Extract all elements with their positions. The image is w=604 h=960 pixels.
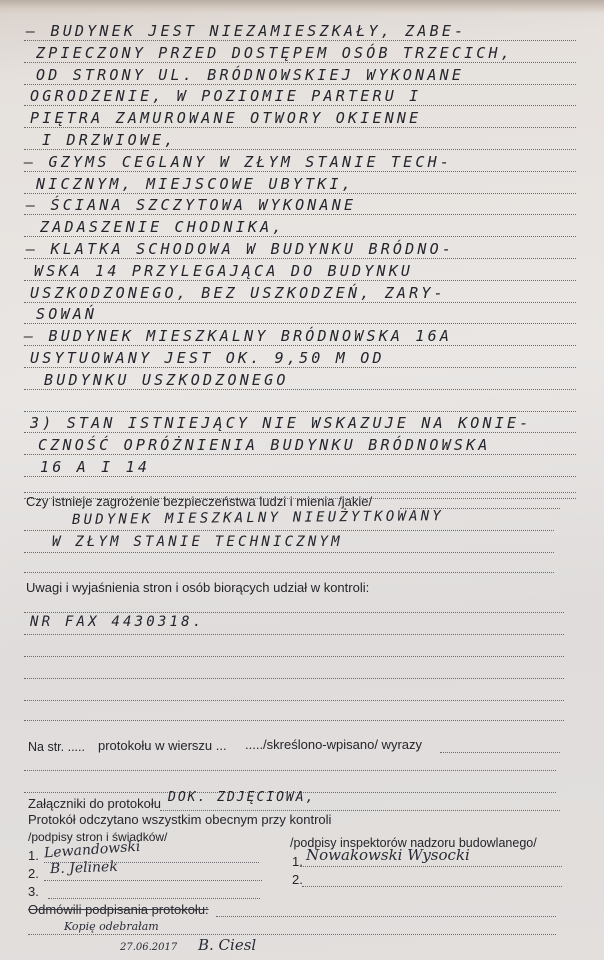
party-1-num: 1. <box>28 848 39 863</box>
finding-line: WSKA 14 PRZYLEGAJĄCA DO BUDYNKU <box>34 262 413 280</box>
rule-line <box>24 530 554 531</box>
signature-line <box>44 880 262 881</box>
rule-line <box>24 171 576 172</box>
finding-line: SOWAŃ <box>36 305 97 323</box>
finding-line: I DRZWIOWE, <box>42 131 177 149</box>
paper-top-edge <box>0 0 604 14</box>
rule-line <box>440 752 560 753</box>
rule-line <box>24 280 576 281</box>
rule-line <box>24 149 576 150</box>
rule-line <box>24 612 564 613</box>
rule-line <box>24 345 576 346</box>
attachments-label: Załączniki do protokołu <box>28 796 161 811</box>
inspector-1-signature: Nowakowski Wysocki <box>306 846 470 864</box>
refused-label: Odmówili podpisania protokołu: <box>28 902 209 917</box>
finding-line: BUDYNKU USZKODZONEGO <box>44 371 289 389</box>
party-2-num: 2. <box>28 866 39 881</box>
rule-line <box>24 62 576 63</box>
finding-line: PIĘTRA ZAMUROWANE OTWORY OKIENNE <box>30 109 421 127</box>
rule-line <box>24 552 554 553</box>
corrections-label-suffix: ...../skreślono-wpisano/ wyrazy <box>245 737 422 752</box>
safety-threat-answer-2: W ZŁYM STANIE TECHNICZNYM <box>52 534 343 550</box>
corrections-label-prefix: Na str. ..... <box>28 740 85 754</box>
read-statement: Protokół odczytano wszystkim obecnym prz… <box>28 812 331 827</box>
remarks-label: Uwagi i wyjaśnienia stron i osób biorący… <box>26 580 369 595</box>
rule-line <box>24 258 576 259</box>
rule-line <box>24 389 576 390</box>
remarks-answer: NR FAX 4430318. <box>30 614 204 630</box>
finding-line: – KLATKA SCHODOWA W BUDYNKU BRÓDNO- <box>26 240 454 258</box>
signature-line <box>300 866 562 867</box>
rule-line <box>24 720 564 721</box>
rule-line <box>24 656 564 657</box>
rule-line <box>24 432 576 433</box>
rule-line <box>24 105 576 106</box>
signature-line <box>48 898 260 899</box>
finding-line: 16 A I 14 <box>40 458 150 476</box>
rule-line <box>28 934 556 935</box>
finding-line: NICZNYM, MIEJSCOWE UBYTKI, <box>36 175 354 193</box>
rule-line <box>216 916 556 917</box>
rule-line <box>24 476 576 477</box>
finding-line: CZNOŚĆ OPRÓŻNIENIA BUDYNKU BRÓDNOWSKA <box>38 436 491 454</box>
signature-line <box>302 886 562 887</box>
finding-line: USZKODZONEGO, BEZ USZKODZEŃ, ZARY- <box>30 284 446 302</box>
attachments-value: DOK. ZDJĘCIOWA, <box>168 790 315 805</box>
finding-line: ZADASZENIE CHODNIKA, <box>40 218 285 236</box>
rule-line <box>24 634 564 635</box>
rule-line <box>24 302 576 303</box>
rule-line <box>24 492 576 493</box>
copy-received-note: Kopię odebrałam <box>64 920 159 933</box>
finding-line: OD STRONY UL. BRÓDNOWSKIEJ WYKONANE <box>36 66 464 84</box>
finding-line: – ŚCIANA SZCZYTOWA WYKONANE <box>26 196 356 214</box>
inspector-2-num: 2. <box>292 872 303 887</box>
rule-line <box>24 700 564 701</box>
safety-threat-label: Czy istnieje zagrożenie bezpieczeństwa l… <box>26 494 372 509</box>
rule-line <box>24 127 576 128</box>
refused-date: 27.06.2017 <box>120 942 177 953</box>
finding-line: – GZYMS CEGLANY W ZŁYM STANIE TECH- <box>24 153 452 171</box>
rule-line <box>24 323 576 324</box>
safety-threat-answer-1: BUDYNEK MIESZKALNY NIEUŻYTKOWANY <box>72 508 444 528</box>
finding-line: OGRODZENIE, W POZIOMIE PARTERU I <box>30 87 421 105</box>
rule-line <box>24 572 554 573</box>
party-3-num: 3. <box>28 884 39 899</box>
rule-line <box>24 454 576 455</box>
finding-line: – BUDYNEK JEST NIEZAMIESZKAŁY, ZABE- <box>26 22 466 40</box>
corrections-label-mid: protokołu w wierszu ... <box>98 738 227 753</box>
party-2-signature: B. Jelinek <box>50 859 118 877</box>
finding-line: ZPIECZONY PRZED DOSTĘPEM OSÓB TRZECICH, <box>36 44 513 62</box>
rule-line <box>24 770 556 771</box>
rule-line <box>160 810 560 811</box>
finding-line: USYTUOWANY JEST OK. 9,50 M OD <box>30 349 385 367</box>
rule-line <box>24 236 576 237</box>
rule-line <box>24 40 576 41</box>
refused-signature: B. Ciesl <box>198 936 256 954</box>
rule-line <box>24 193 576 194</box>
finding-line: 3) STAN ISTNIEJĄCY NIE WSKAZUJE NA KONIE… <box>30 414 531 432</box>
rule-line <box>24 214 576 215</box>
finding-line: – BUDYNEK MIESZKALNY BRÓDNOWSKA 16A <box>24 327 452 345</box>
rule-line <box>24 84 576 85</box>
rule-line <box>24 411 576 412</box>
rule-line <box>24 678 564 679</box>
rule-line <box>24 367 576 368</box>
